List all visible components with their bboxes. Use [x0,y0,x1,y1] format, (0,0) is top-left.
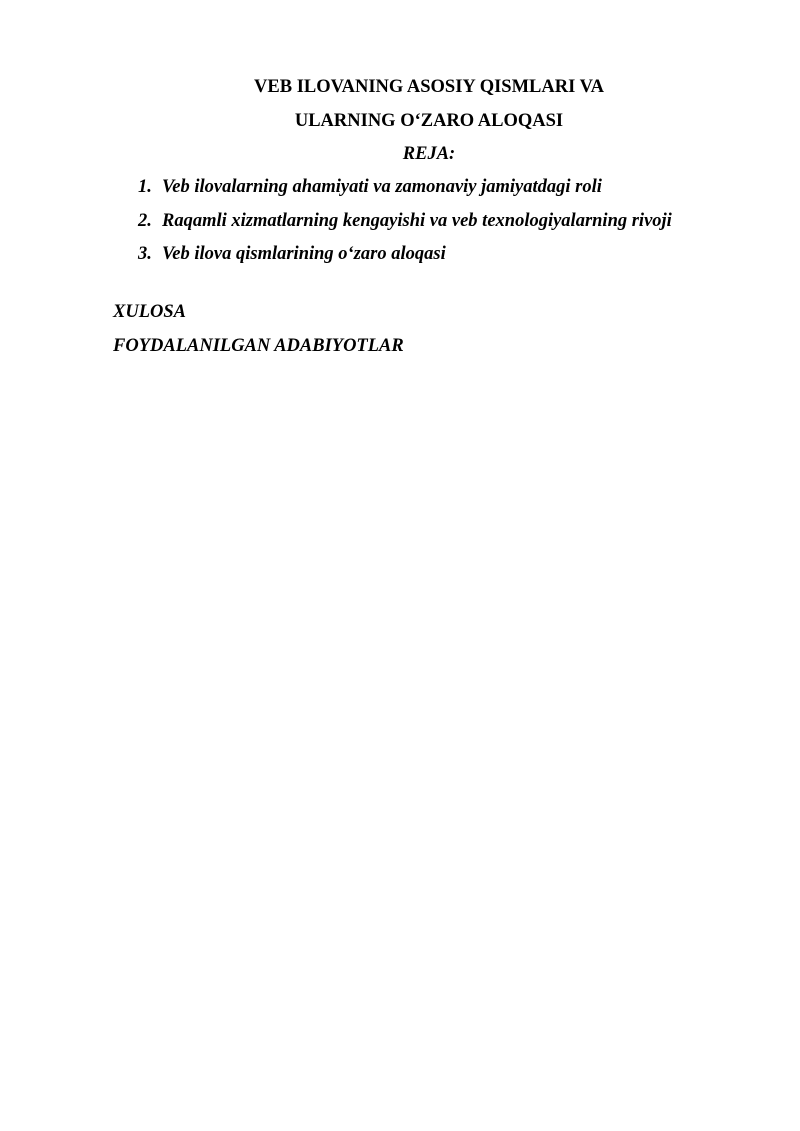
plan-item-number: 3. [138,243,162,265]
plan-item: 3.Veb ilova qismlarining o‘zaro aloqasi [138,243,672,265]
document-title-line-1: VEB ILOVANING ASOSIY QISMLARI VA [0,76,800,98]
plan-list: 1.Veb ilovalarning ahamiyati va zamonavi… [138,176,672,277]
plan-item: 1.Veb ilovalarning ahamiyati va zamonavi… [138,176,672,198]
plan-item: 2.Raqamli xizmatlarning kengayishi va ve… [138,210,672,232]
conclusion-heading: XULOSA [113,301,186,323]
plan-item-number: 1. [138,176,162,198]
plan-item-number: 2. [138,210,162,232]
plan-item-text: Veb ilova qismlarining o‘zaro aloqasi [162,244,446,264]
plan-heading: REJA: [0,143,800,165]
references-heading: FOYDALANILGAN ADABIYOTLAR [113,335,404,357]
document-page: VEB ILOVANING ASOSIY QISMLARI VA ULARNIN… [0,0,800,1131]
plan-item-text: Veb ilovalarning ahamiyati va zamonaviy … [162,177,602,197]
document-title-line-2: ULARNING O‘ZARO ALOQASI [0,110,800,132]
plan-item-text: Raqamli xizmatlarning kengayishi va veb … [162,211,672,231]
